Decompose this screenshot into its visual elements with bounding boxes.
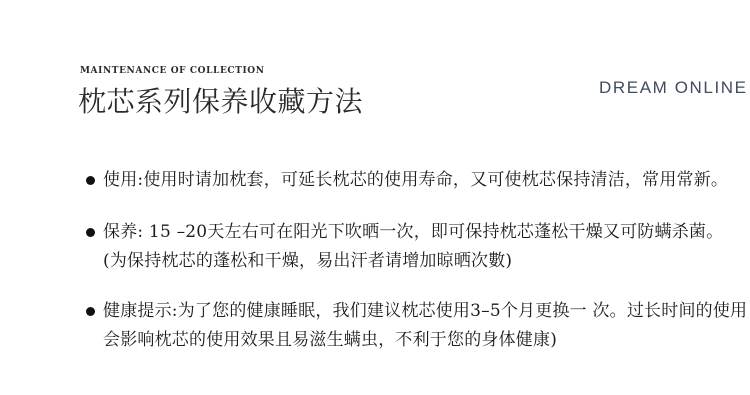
bullet-line: 健康提示:为了您的健康睡眠，我们建议枕芯使用3–5个月更换一 次。过长时间的使用	[103, 297, 747, 326]
bullet-item-usage: 使用:使用时请加枕套，可延长枕芯的使用寿命，又可使枕芯保持清洁，常用常新。	[86, 166, 728, 195]
bullet-item-maintenance: 保养: 15 –20天左右可在阳光下吹晒一次，即可保持枕芯蓬松干燥又可防螨杀菌。…	[86, 218, 723, 276]
bullet-dot-icon	[86, 176, 95, 185]
section-title: 枕芯系列保养收藏方法	[78, 80, 363, 120]
product-description-page: MAINTENANCE OF COLLECTION 枕芯系列保养收藏方法 DRE…	[0, 0, 750, 395]
brand-logo-text: DREAM ONLINE	[599, 78, 748, 98]
bullet-line: (为保持枕芯的蓬松和干燥，易出汗者请增加晾晒次數)	[103, 247, 723, 276]
bullet-line: 保养: 15 –20天左右可在阳光下吹晒一次，即可保持枕芯蓬松干燥又可防螨杀菌。	[103, 218, 723, 247]
bullet-item-health-tip: 健康提示:为了您的健康睡眠，我们建议枕芯使用3–5个月更换一 次。过长时间的使用…	[86, 297, 747, 355]
bullet-line: 使用:使用时请加枕套，可延长枕芯的使用寿命，又可使枕芯保持清洁，常用常新。	[103, 166, 728, 195]
section-subtitle: MAINTENANCE OF COLLECTION	[80, 66, 265, 76]
bullet-line: 会影响枕芯的使用效果且易滋生螨虫，不利于您的身体健康)	[103, 326, 747, 355]
bullet-dot-icon	[86, 307, 95, 316]
bullet-dot-icon	[86, 228, 95, 237]
